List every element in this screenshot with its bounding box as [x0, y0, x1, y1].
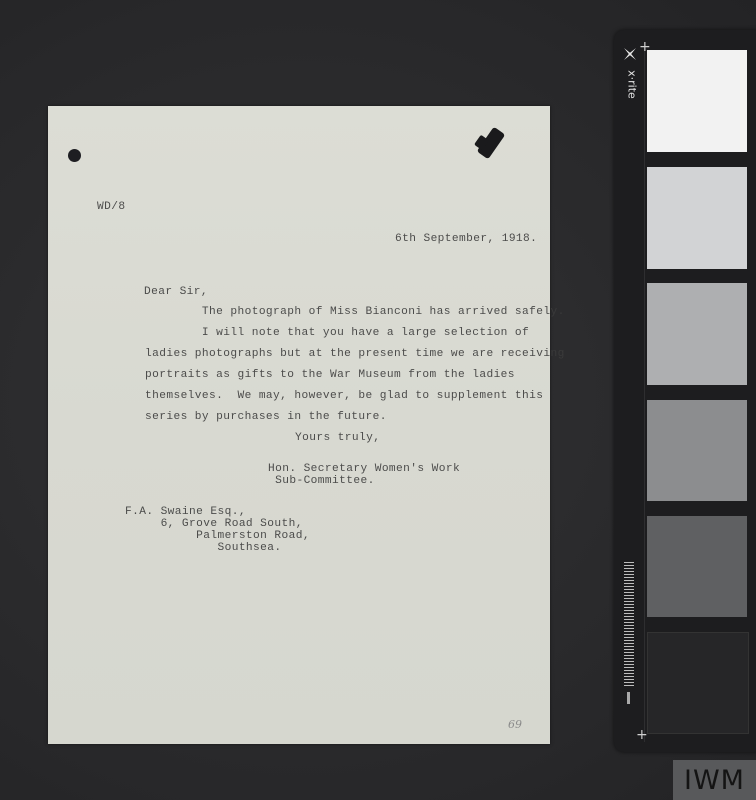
body-line-5: themselves. We may, however, be glad to …: [145, 390, 543, 402]
swatch-dark-gray: [647, 516, 747, 617]
salutation: Dear Sir,: [144, 286, 208, 298]
body-line-6: series by purchases in the future.: [145, 411, 387, 423]
signature-line-2: Sub-Committee.: [268, 475, 375, 487]
letter-page: WD/8 6th September, 1918. Dear Sir, The …: [48, 106, 550, 744]
body-line-3: ladies photographs but at the present ti…: [145, 348, 565, 360]
recipient-line-2: 6, Grove Road South,: [125, 518, 303, 530]
closing: Yours truly,: [295, 432, 380, 444]
swatch-light-gray: [647, 167, 747, 269]
letter-date: 6th September, 1918.: [395, 233, 537, 245]
recipient-line-3: Palmerston Road,: [125, 530, 310, 542]
signature-line-1: Hon. Secretary Women's Work: [268, 463, 460, 475]
swatch-mid-gray: [647, 400, 747, 501]
swatch-white: [647, 50, 747, 152]
body-line-4: portraits as gifts to the War Museum fro…: [145, 369, 515, 381]
ruler-scale: [624, 562, 634, 688]
body-line-2: I will note that you have a large select…: [145, 327, 529, 339]
ruler-end-mark: [627, 692, 630, 704]
reference-number: WD/8: [97, 201, 125, 213]
xrite-brand: x·rite: [622, 48, 642, 118]
brand-label: x·rite: [626, 67, 639, 103]
xrite-logo-icon: [624, 48, 636, 60]
ink-mark: [477, 127, 506, 160]
color-calibration-card: x·rite + +: [614, 30, 756, 752]
punch-hole: [68, 149, 81, 162]
page-number: 69: [508, 718, 522, 731]
recipient-line-4: Southsea.: [125, 542, 282, 554]
body-line-1: The photograph of Miss Bianconi has arri…: [145, 306, 565, 318]
swatch-black: [647, 632, 749, 734]
iwm-watermark: IWM: [673, 760, 756, 800]
crosshair-icon: +: [636, 728, 648, 742]
swatch-mid-light-gray: [647, 283, 747, 385]
recipient-line-1: F.A. Swaine Esq.,: [125, 506, 246, 518]
